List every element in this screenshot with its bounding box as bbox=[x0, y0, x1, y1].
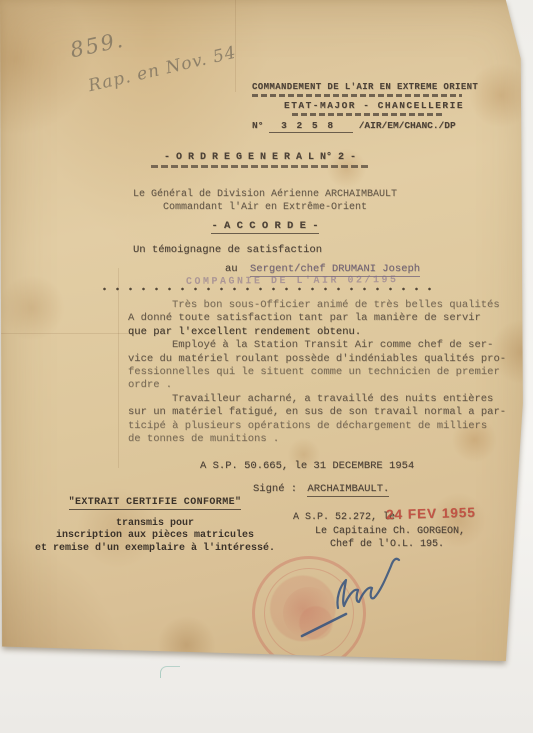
certification-block: "EXTRAIT CERTIFIE CONFORME" transmis pou… bbox=[33, 497, 277, 555]
document-title-block: - O R D R E G E N E R A L N° 2 - bbox=[95, 152, 425, 168]
letterhead: COMMANDEMENT DE L'AIR EN EXTREME ORIENT … bbox=[252, 82, 508, 131]
dotted-leader-line bbox=[98, 287, 436, 291]
red-date-stamp: 24 FEV 1955 bbox=[386, 505, 476, 522]
award-line: Un témoignagne de satisfaction bbox=[133, 244, 322, 256]
typewriter-underline bbox=[252, 94, 462, 97]
certification-line: et remise d'un exemplaire à l'intéressé. bbox=[33, 543, 277, 555]
signed-label: Signé : bbox=[253, 483, 297, 495]
issuer-name-line: Le Général de Division Aérienne ARCHAIMB… bbox=[60, 189, 470, 202]
paper-shadow-wrap: 859. Rap. en Nov. 54 COMMANDEMENT DE L'A… bbox=[0, 0, 533, 733]
typewriter-underline bbox=[151, 165, 369, 168]
signed-line: Signé : ARCHAIMBAULT. bbox=[253, 483, 389, 495]
body-line: A donné toute satisfaction tant par la m… bbox=[128, 312, 518, 325]
certification-title: "EXTRAIT CERTIFIE CONFORME" bbox=[69, 497, 242, 510]
issuer-block: Le Général de Division Aérienne ARCHAIMB… bbox=[60, 189, 470, 214]
body-line: vice du matériel roulant possède d'indén… bbox=[128, 353, 518, 366]
document-title: - O R D R E G E N E R A L N° 2 - bbox=[95, 152, 425, 163]
body-line: ordre . bbox=[128, 379, 518, 392]
reference-suffix: /AIR/EM/CHANC./DP bbox=[359, 120, 456, 131]
body-line: Très bon sous-Officier animé de très bel… bbox=[128, 299, 518, 312]
issue-place-date: A S.P. 50.665, le 31 DECEMBRE 1954 bbox=[200, 460, 414, 472]
transmission-officer: Le Capitaine Ch. GORGEON, bbox=[315, 526, 465, 537]
reference-number-line: N° 3 2 5 8 /AIR/EM/CHANC./DP bbox=[252, 120, 508, 131]
signature-ink bbox=[288, 548, 418, 648]
body-line: de tonnes de munitions . bbox=[128, 433, 518, 446]
recipient-line: au Sergent/chef DRUMANI Joseph bbox=[225, 263, 420, 275]
body-line: ticipé à plusieurs opérations de décharg… bbox=[128, 420, 518, 433]
unit-stamp-text: COMPAGNIE DE L'AIR 02/195 bbox=[186, 275, 399, 288]
letterhead-command: COMMANDEMENT DE L'AIR EN EXTREME ORIENT bbox=[252, 82, 508, 92]
issuer-role-line: Commandant l'Air en Extrême-Orient bbox=[60, 202, 470, 215]
body-line: que par l'excellent rendement obtenu. bbox=[128, 326, 518, 339]
citation-body: Très bon sous-Officier animé de très bel… bbox=[128, 299, 518, 446]
accorde-heading: - A C C O R D E - bbox=[60, 220, 470, 232]
scanned-document: 859. Rap. en Nov. 54 COMMANDEMENT DE L'A… bbox=[0, 0, 533, 733]
body-line: fessionnelles qui le situent comme un te… bbox=[128, 366, 518, 379]
paper-crease bbox=[118, 268, 119, 468]
reference-label: N° bbox=[252, 120, 263, 131]
typewriter-underline bbox=[292, 113, 442, 116]
signed-name: ARCHAIMBAULT. bbox=[307, 483, 389, 497]
pencil-annotation-number: 859. bbox=[68, 28, 127, 63]
body-line: Employé à la Station Transit Air comme c… bbox=[128, 339, 518, 352]
reference-number: 3 2 5 8 bbox=[269, 120, 353, 133]
paper-crease bbox=[0, 333, 132, 334]
certification-line: transmis pour bbox=[33, 518, 277, 530]
letterhead-service: ETAT-MAJOR - CHANCELLERIE bbox=[284, 100, 508, 111]
body-line: sur un matériel fatigué, en sus de son t… bbox=[128, 406, 518, 419]
body-line: Travailleur acharné, a travaillé des nui… bbox=[128, 393, 518, 406]
recipient-prefix: au bbox=[225, 263, 238, 275]
certification-line: inscription aux pièces matricules bbox=[33, 530, 277, 542]
stray-pen-mark bbox=[160, 666, 180, 678]
transmission-place: A S.P. 52.272, le bbox=[293, 512, 395, 523]
paper-sheet: 859. Rap. en Nov. 54 COMMANDEMENT DE L'A… bbox=[0, 0, 533, 733]
transmission-block: A S.P. 52.272, le 24 FEV 1955 Le Capitai… bbox=[293, 512, 465, 550]
